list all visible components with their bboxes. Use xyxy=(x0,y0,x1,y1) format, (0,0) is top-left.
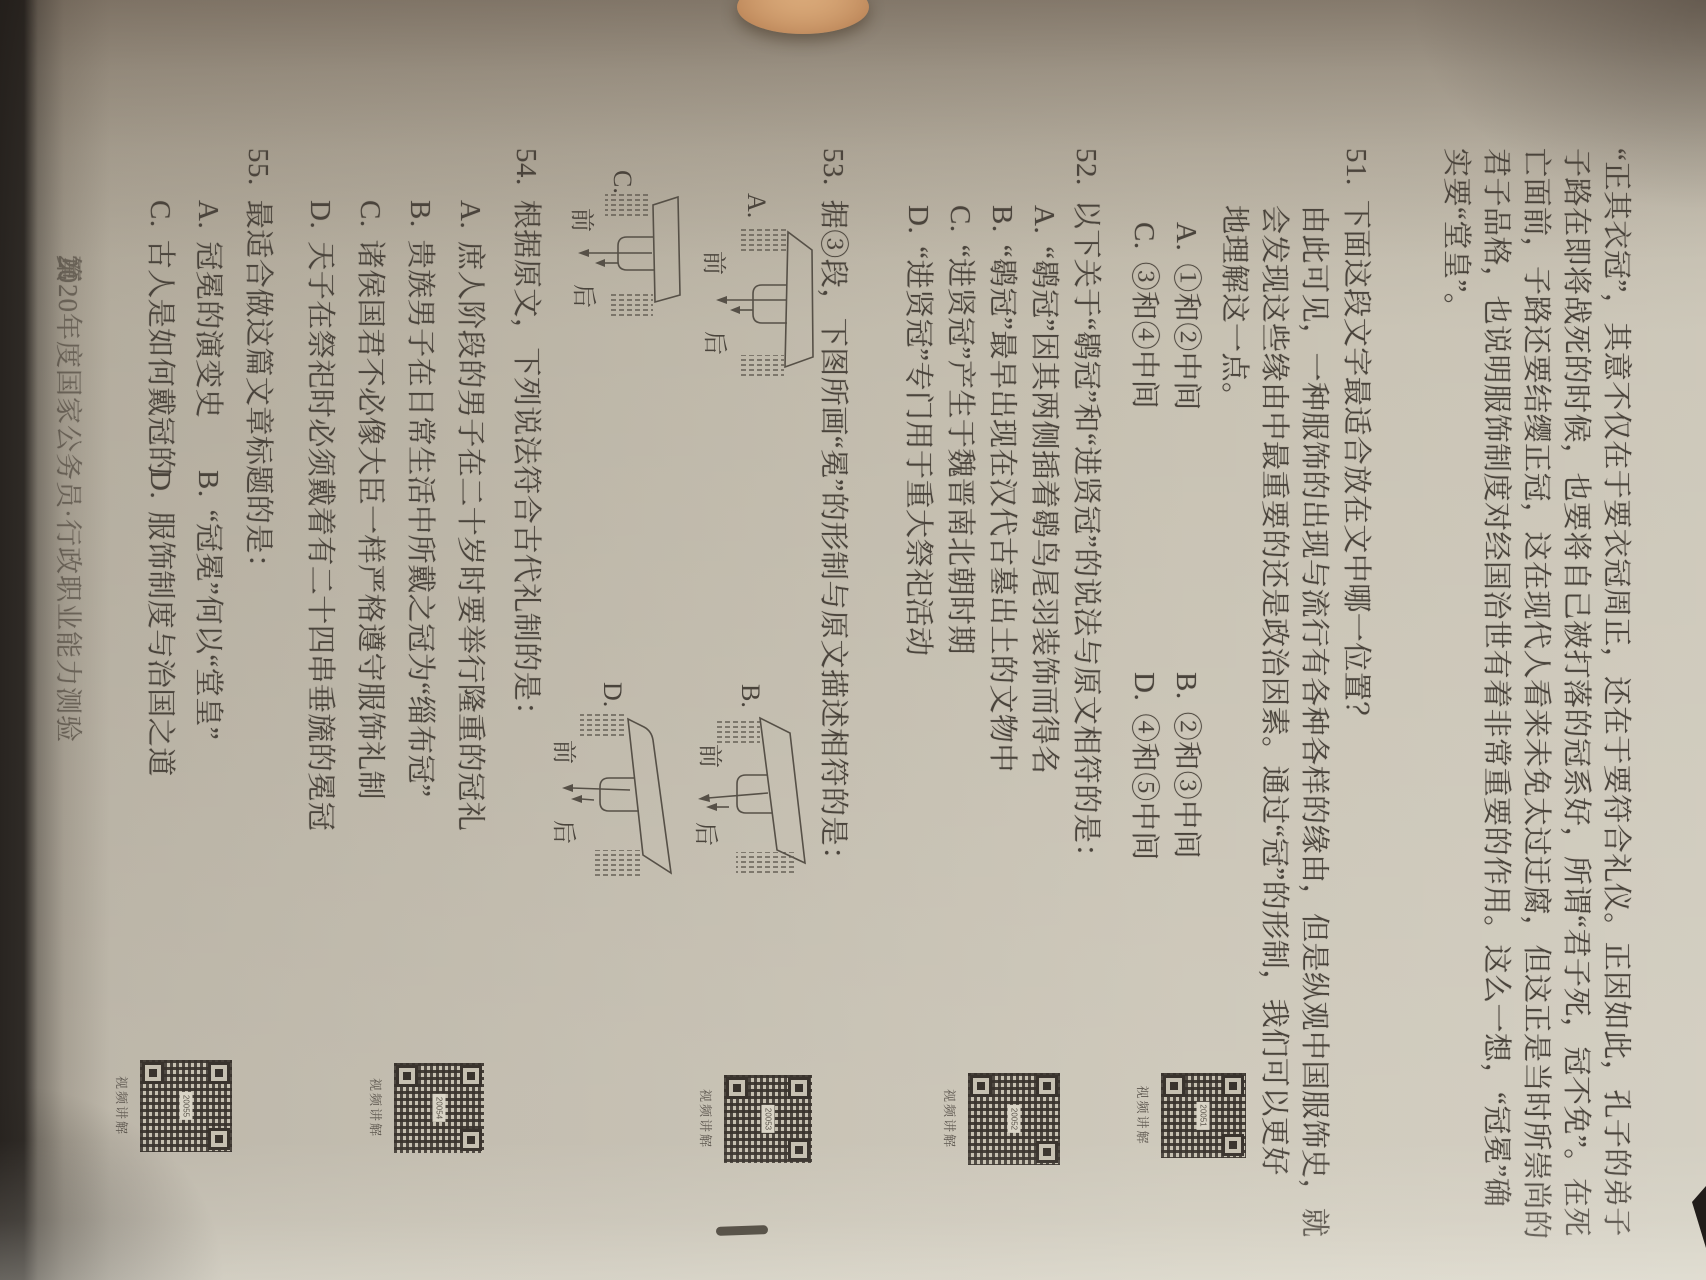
crown-board xyxy=(760,718,805,863)
qr-finder-icon xyxy=(726,1077,748,1099)
option-text: “冠冕”何以“堂皇” xyxy=(188,510,228,741)
qr-finder-icon xyxy=(788,1139,810,1161)
mian-figure-d: D. 前 后 xyxy=(546,598,688,898)
mian-figure-c: C. 前 后 xyxy=(558,158,688,368)
crown-board xyxy=(785,232,813,367)
option-letter: D. xyxy=(300,200,340,229)
exam-title: 2020年度国家公务员·行政职业能力测验 xyxy=(50,255,86,743)
qr-caption: 视频讲解 xyxy=(367,1063,386,1153)
question-52-stem: 52. 以下关于“鹖冠”和“进贤冠”的说法与原文相符的是： xyxy=(1066,148,1106,873)
long-hanging-cord xyxy=(572,788,630,790)
option-text: 服饰制度与治国之道 xyxy=(140,511,180,777)
arrowhead-icon xyxy=(698,794,710,802)
qr-caption: 视频讲解 xyxy=(697,1075,716,1163)
arrowhead-icon xyxy=(706,803,717,811)
qr-finder-icon xyxy=(970,1075,992,1097)
arrowhead-icon xyxy=(730,306,740,314)
qr-finder-icon xyxy=(460,1129,482,1151)
q51-quote-line: 由此可见，一种服饰的出现与流行有各种各样的缘由，但是纵观中国服饰史，就 xyxy=(1294,205,1334,1238)
question-text: 最适合做这篇文章标题的是： xyxy=(238,200,278,584)
option-text: 天子在祭祀时必须戴着有二十四串垂旒的冕冠 xyxy=(300,241,340,831)
mian-figure-a: A. 前 后 xyxy=(694,183,826,393)
long-hanging-cord xyxy=(708,793,768,798)
option-text: ③和④中间 xyxy=(1124,262,1164,410)
arrowhead-icon xyxy=(716,296,727,304)
qr-finder-icon xyxy=(208,1062,230,1084)
q51-option-b: B. ②和③中间 xyxy=(1166,672,1206,859)
question-51-stem: 51. 下面这段文字最适合放在文中哪一位置？ xyxy=(1336,148,1376,731)
qr-center-label: 20053 xyxy=(762,1105,775,1133)
figure-letter: B. xyxy=(736,684,765,708)
qr-finder-icon xyxy=(1036,1075,1058,1097)
back-tassels xyxy=(740,355,784,379)
option-letter: C. xyxy=(940,205,980,233)
option-letter: B. xyxy=(400,200,440,228)
arrowhead-icon xyxy=(595,259,605,267)
qr-finder-icon xyxy=(1036,1141,1058,1163)
q51-option-d: D. ④和⑤中间 xyxy=(1124,672,1164,861)
photo-of-exam-page: “正其衣冠”，其意不仅在于要衣冠周正，还在于要符合礼仪。正因如此，孔子的弟子 子… xyxy=(0,0,1706,1280)
option-text: “鹖冠”最早出现在汉代古墓出土的文物中 xyxy=(982,245,1022,773)
option-letter: D. xyxy=(898,205,938,234)
option-letter: B. xyxy=(188,470,228,498)
back-tassels xyxy=(736,852,796,874)
back-label: 后 xyxy=(701,331,728,355)
back-tassels xyxy=(608,294,653,316)
qr-center-label: 20055 xyxy=(180,1092,193,1120)
crown-cap xyxy=(600,778,639,811)
option-text: 冠冕的演变史 xyxy=(188,241,228,418)
front-label: 前 xyxy=(700,251,727,275)
qr-finder-icon xyxy=(1222,1134,1244,1156)
option-text: ②和③中间 xyxy=(1166,712,1206,860)
option-letter: A. xyxy=(450,200,490,229)
passage-line: 实要“堂皇”。 xyxy=(1436,148,1476,322)
q51-quote-line: 会发现这些缘由中最重要的还是政治因素。通过“冠”的形制，我们可以更好 xyxy=(1254,205,1294,1176)
question-text: 以下关于“鹖冠”和“进贤冠”的说法与原文相符的是： xyxy=(1066,200,1106,873)
q54-option-d: D. 天子在祭祀时必须戴着有二十四串垂旒的冕冠 xyxy=(300,200,340,831)
crown-board xyxy=(653,197,680,302)
back-label: 后 xyxy=(570,284,597,308)
qr-finder-icon xyxy=(788,1077,810,1099)
option-text: “进贤冠”专门用于重大祭祀活动 xyxy=(898,246,938,656)
qr-center-label: 20051 xyxy=(1197,1101,1210,1129)
passage-line: 子路在即将战死的时候，也要将自己被打落的冠系好，所谓“君子死，冠不免”。在死 xyxy=(1556,148,1596,1237)
option-letter: C. xyxy=(350,200,390,228)
exam-page: “正其衣冠”，其意不仅在于要衣冠周正，还在于要符合礼仪。正因如此，孔子的弟子 子… xyxy=(0,0,1706,1280)
question-55-stem: 55. 最适合做这篇文章标题的是： xyxy=(238,148,278,583)
q55-option-b: B. “冠冕”何以“堂皇” xyxy=(188,470,228,740)
qr-caption: 视频讲解 xyxy=(1134,1073,1153,1158)
option-text: ①和②中间 xyxy=(1166,263,1206,411)
q51-option-a: A. ①和②中间 xyxy=(1166,222,1206,411)
option-letter: A. xyxy=(188,200,228,229)
figure-letter: D. xyxy=(598,682,627,707)
option-letter: A. xyxy=(1024,205,1064,234)
mian-figure-b: B. 前 后 xyxy=(686,670,826,900)
q52-option-b: B. “鹖冠”最早出现在汉代古墓出土的文物中 xyxy=(982,205,1022,773)
q51-option-c: C. ③和④中间 xyxy=(1124,222,1164,409)
option-letter: D. xyxy=(1124,672,1164,701)
option-text: ④和⑤中间 xyxy=(1124,713,1164,861)
q52-option-c: C. “进贤冠”产生于魏晋南北朝时期 xyxy=(940,205,980,655)
qr-center-label: 20052 xyxy=(1008,1105,1021,1133)
front-label: 前 xyxy=(550,740,577,764)
qr-finder-icon xyxy=(1163,1075,1185,1097)
option-letter: C. xyxy=(140,200,180,228)
front-tassels xyxy=(714,720,760,744)
front-tassels xyxy=(741,227,786,251)
q54-option-c: C. 诸侯国君不必像大臣一样严格遵守服饰礼制 xyxy=(350,200,390,800)
front-tassels xyxy=(580,712,626,738)
option-text: 古人是如何戴冠的 xyxy=(140,240,180,476)
crown-board xyxy=(628,719,671,873)
passage-line: “正其衣冠”，其意不仅在于要衣冠周正，还在于要符合礼仪。正因如此，孔子的弟子 xyxy=(1596,148,1636,1237)
back-label: 后 xyxy=(692,822,719,846)
figure-letter: C. xyxy=(608,170,637,194)
back-label: 后 xyxy=(550,820,577,844)
front-tassels xyxy=(605,194,651,218)
arrowhead-icon xyxy=(562,784,573,792)
question-number: 55. xyxy=(238,148,278,186)
option-letter: D. xyxy=(140,470,180,499)
figure-letter: A. xyxy=(742,193,771,218)
option-letter: B. xyxy=(1166,672,1206,700)
qr-finder-icon xyxy=(142,1062,164,1084)
back-tassels xyxy=(592,850,641,876)
page-suffix: 页 xyxy=(50,255,86,283)
passage-line: 君子品格，也说明服饰制度对经国治世有着非常重要的作用。这么一想，“冠冕”确 xyxy=(1476,148,1516,1207)
question-54-stem: 54. 根据原文，下列说法符合古代礼制的是： xyxy=(506,148,546,731)
q52-option-a: A. “鹖冠”因其两侧插着鹖鸟尾羽装饰而得名 xyxy=(1024,205,1064,774)
question-number: 53. xyxy=(813,148,853,186)
option-letter: C. xyxy=(1124,222,1164,250)
q55-option-d: D. 服饰制度与治国之道 xyxy=(140,470,180,777)
option-text: 诸侯国君不必像大臣一样严格遵守服饰礼制 xyxy=(350,240,390,801)
arrowhead-icon xyxy=(578,249,589,257)
crown-cap xyxy=(753,285,787,323)
option-text: “进贤冠”产生于魏晋南北朝时期 xyxy=(940,245,980,655)
q55-option-c: C. 古人是如何戴冠的 xyxy=(140,200,180,476)
qr-finder-icon xyxy=(460,1065,482,1087)
qr-caption: 视频讲解 xyxy=(113,1060,132,1152)
option-letter: B. xyxy=(982,205,1022,233)
qr-code-q54: 20054 xyxy=(394,1063,484,1153)
front-label: 前 xyxy=(568,208,595,232)
question-number: 51. xyxy=(1336,148,1376,186)
front-label: 前 xyxy=(696,744,723,768)
option-text: 贵族男子在日常生活中所戴之冠为“缁布冠” xyxy=(400,240,440,798)
passage-line: 亡面前，子路还要结缨正冠，这在现代人看来未免太过迂腐，但这正是当时所崇尚的 xyxy=(1516,148,1556,1240)
qr-center-label: 20054 xyxy=(433,1094,446,1122)
q54-option-a: A. 庶人阶段的男子在二十岁时要举行隆重的冠礼 xyxy=(450,200,490,831)
q54-option-b: B. 贵族男子在日常生活中所戴之冠为“缁布冠” xyxy=(400,200,440,797)
question-text: 根据原文，下列说法符合古代礼制的是： xyxy=(506,200,546,731)
q52-option-d: D. “进贤冠”专门用于重大祭祀活动 xyxy=(898,205,938,656)
qr-code-q52: 20052 xyxy=(968,1073,1060,1165)
qr-code-q51: 20051 xyxy=(1161,1073,1246,1158)
question-number: 52. xyxy=(1066,148,1106,186)
qr-finder-icon xyxy=(1222,1075,1244,1097)
option-text: 庶人阶段的男子在二十岁时要举行隆重的冠礼 xyxy=(450,241,490,831)
question-text: 下面这段文字最适合放在文中哪一位置？ xyxy=(1336,200,1376,731)
qr-code-q55: 20055 xyxy=(140,1060,232,1152)
q55-option-a: A. 冠冕的演变史 xyxy=(188,200,228,418)
option-letter: A. xyxy=(1166,222,1206,251)
qr-finder-icon xyxy=(208,1128,230,1150)
q51-quote-line: 地理解这一点。 xyxy=(1214,205,1254,412)
short-hanging-cord xyxy=(581,799,594,800)
option-text: “鹖冠”因其两侧插着鹖鸟尾羽装饰而得名 xyxy=(1024,246,1064,774)
qr-caption: 视频讲解 xyxy=(941,1073,960,1165)
qr-finder-icon xyxy=(396,1065,418,1087)
arrowhead-icon xyxy=(571,795,582,803)
question-number: 54. xyxy=(506,148,546,186)
qr-code-q53: 20053 xyxy=(724,1075,812,1163)
